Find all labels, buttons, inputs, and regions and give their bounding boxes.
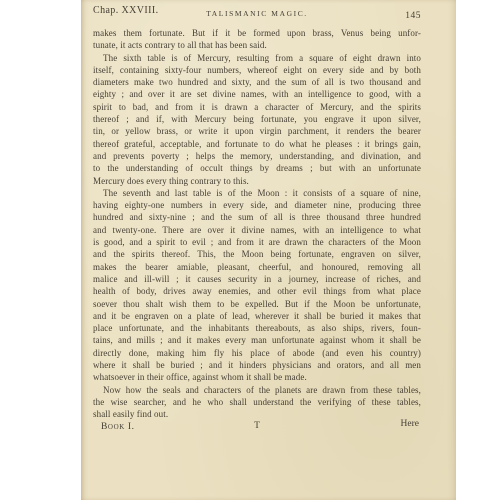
text-line: makes the bearer amiable, pleasant, chee… <box>93 261 421 273</box>
text-line: having eighty-one numbers in every side,… <box>93 199 421 211</box>
text-line: health of body, drives away enemies, and… <box>93 285 421 297</box>
text-line: itself, containing sixty-four numbers, w… <box>93 64 421 76</box>
text-line: thereof ; and if, with Mercury being for… <box>93 113 421 125</box>
book-page: Chap. XXVIII. TALISMANIC MAGIC. 145 make… <box>81 0 456 500</box>
text-line: The sixth table is of Mercury, resulting… <box>93 52 421 64</box>
text-line: The seventh and last table is of the Moo… <box>93 187 421 199</box>
paragraph: The seventh and last table is of the Moo… <box>93 187 421 384</box>
page-header: Chap. XXVIII. TALISMANIC MAGIC. 145 <box>93 5 421 22</box>
text-line: hundred and sixty-nine ; and the sum of … <box>93 211 421 223</box>
paragraph: makes them fortunate. But if it be forme… <box>93 27 421 52</box>
text-line: Mercury does every thing contrary to thi… <box>93 175 421 187</box>
catchword: Here <box>401 419 419 429</box>
text-line: directly done, making him fly his place … <box>93 347 421 359</box>
text-line: thereof grateful, acceptable, and fortun… <box>93 138 421 150</box>
text-line: and prevents poverty ; helps the memory,… <box>93 150 421 162</box>
text-line: eighty ; and over it are set divine name… <box>93 88 421 100</box>
text-line: malice and ill-will ; it causes security… <box>93 273 421 285</box>
text-line: makes them fortunate. But if it be forme… <box>93 27 421 39</box>
text-line: tin, or yellow brass, or write it upon v… <box>93 125 421 137</box>
text-line: whatsoever in their office, against whom… <box>93 371 421 383</box>
text-line: diameters make two hundred and sixty, an… <box>93 76 421 88</box>
page-footer: Book I. T Here <box>93 419 421 435</box>
text-line: where it shall be buried ; and it hinder… <box>93 359 421 371</box>
text-line: and the spirits thereof. This, the Moon … <box>93 248 421 260</box>
text-line: to the understanding of occult things by… <box>93 162 421 174</box>
text-line: soever thou shalt wish them to be expell… <box>93 298 421 310</box>
text-line: place unfortunate, and the inhabitants t… <box>93 322 421 334</box>
page-edge-strip <box>70 0 81 500</box>
signature-mark: T <box>93 421 421 431</box>
text-line: is good, and a spirit to evil ; and from… <box>93 236 421 248</box>
text-line: spirit to bad, and from it is drawn a ch… <box>93 101 421 113</box>
running-title: TALISMANIC MAGIC. <box>93 9 421 18</box>
book-scan: Chap. XXVIII. TALISMANIC MAGIC. 145 make… <box>0 0 500 500</box>
text-line: the wise searcher, and he who shall unde… <box>93 396 421 408</box>
text-line: and twenty-one. There are over it divine… <box>93 224 421 236</box>
text-line: tunate, it acts contrary to all that has… <box>93 39 421 51</box>
text-line: tains, and mills ; and it makes every ma… <box>93 334 421 346</box>
paragraph: The sixth table is of Mercury, resulting… <box>93 52 421 187</box>
page-body: makes them fortunate. But if it be forme… <box>93 27 421 421</box>
paragraph: Now how the seals and characters of the … <box>93 384 421 421</box>
text-line: Now how the seals and characters of the … <box>93 384 421 396</box>
page-number: 145 <box>405 11 421 21</box>
text-line: and it be engraven on a plate of lead, w… <box>93 310 421 322</box>
